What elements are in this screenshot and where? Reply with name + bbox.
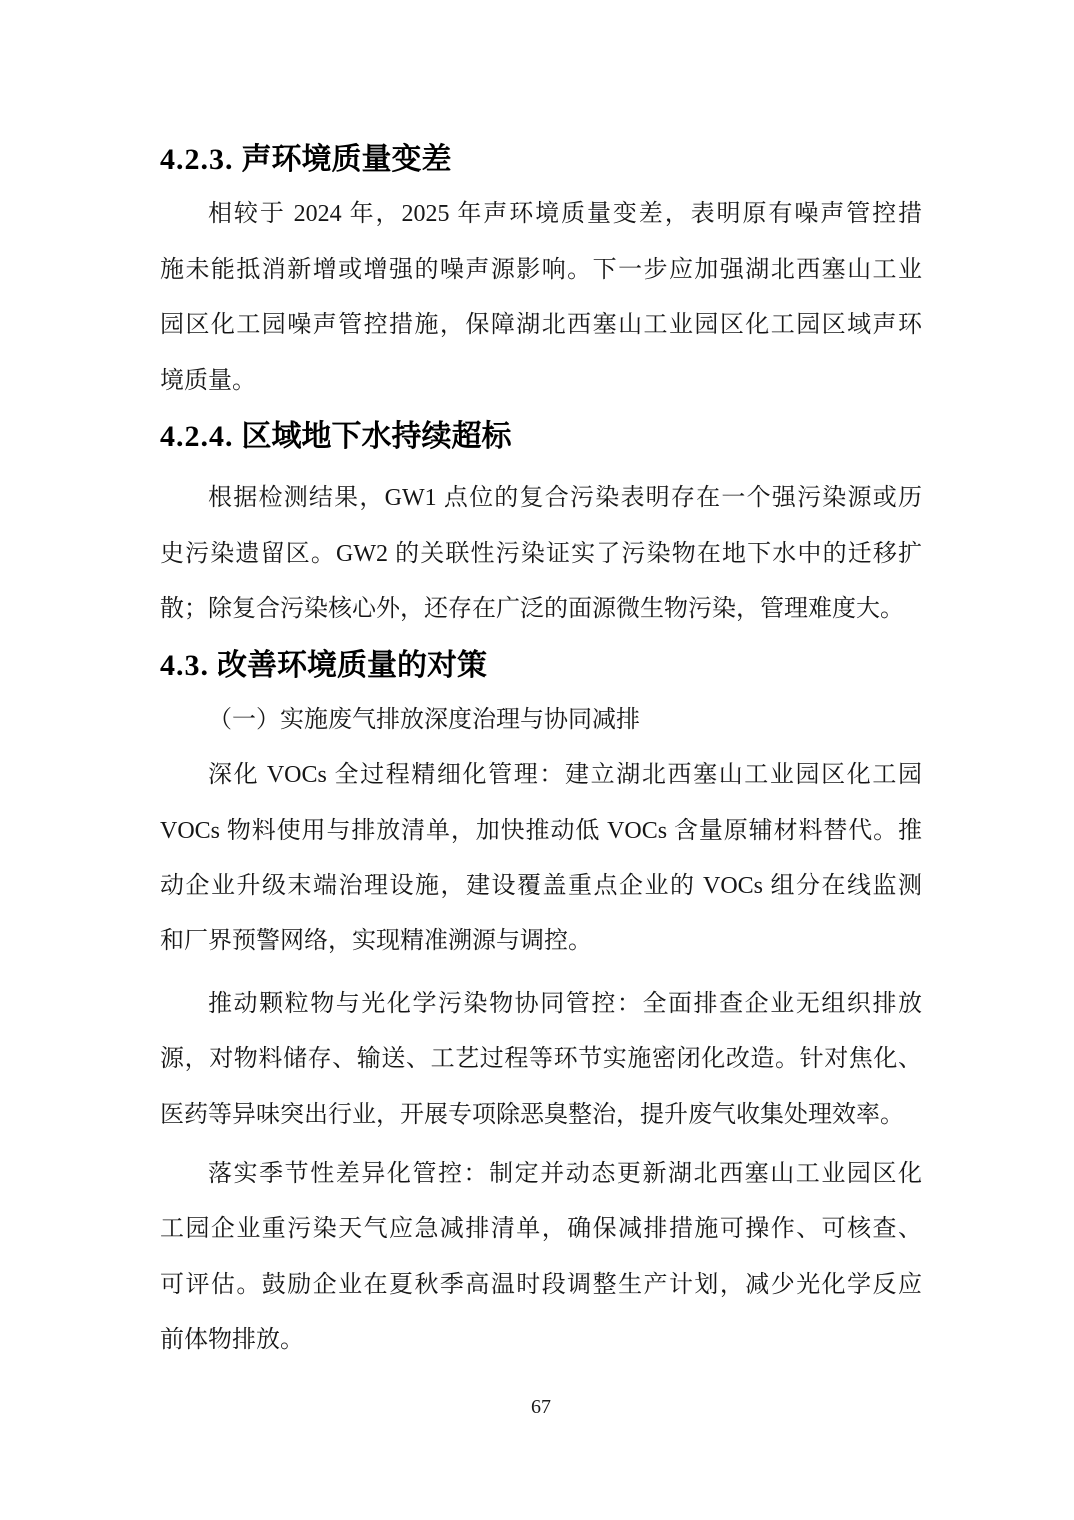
paragraph: 落实季节性差异化管控：制定并动态更新湖北西塞山工业园区化 工园企业重污染天气应急…: [160, 1147, 922, 1369]
body-line: 推动颗粒物与光化学污染物协同管控：全面排查企业无组织排放: [160, 977, 922, 1032]
heading-number: 4.2.4.: [160, 420, 234, 453]
heading-text: 区域地下水持续超标: [242, 420, 512, 453]
heading-4-3: 4.3.改善环境质量的对策: [160, 638, 922, 693]
body-line: 可评估。鼓励企业在夏秋季高温时段调整生产计划，减少光化学反应: [160, 1258, 922, 1313]
body-line: 医药等异味突出行业，开展专项除恶臭整治，提升废气收集处理效率。: [160, 1088, 922, 1143]
document-page: 4.2.3.声环境质量变差 相较于 2024 年，2025 年声环境质量变差，表…: [0, 0, 1074, 1520]
paragraph: 相较于 2024 年，2025 年声环境质量变差，表明原有噪声管控措 施未能抵消…: [160, 187, 922, 409]
heading-4-2-4: 4.2.4.区域地下水持续超标: [160, 409, 922, 464]
body-line: 散；除复合污染核心外，还存在广泛的面源微生物污染，管理难度大。: [160, 582, 922, 637]
body-line: 境质量。: [160, 354, 922, 409]
paragraph: （一）实施废气排放深度治理与协同减排: [160, 693, 922, 748]
body-line: 根据检测结果，GW1 点位的复合污染表明存在一个强污染源或历: [160, 471, 922, 526]
heading-text: 改善环境质量的对策: [217, 649, 487, 682]
body-line: 源，对物料储存、输送、工艺过程等环节实施密闭化改造。针对焦化、: [160, 1032, 922, 1087]
body-line: 深化 VOCs 全过程精细化管理：建立湖北西塞山工业园区化工园: [160, 748, 922, 803]
body-line: 园区化工园噪声管控措施，保障湖北西塞山工业园区化工园区域声环: [160, 298, 922, 353]
body-line: 相较于 2024 年，2025 年声环境质量变差，表明原有噪声管控措: [160, 187, 922, 242]
heading-number: 4.2.3.: [160, 143, 234, 176]
body-line: VOCs 物料使用与排放清单，加快推动低 VOCs 含量原辅材料替代。推: [160, 804, 922, 859]
body-line: 动企业升级末端治理设施，建设覆盖重点企业的 VOCs 组分在线监测: [160, 859, 922, 914]
heading-text: 声环境质量变差: [242, 143, 452, 176]
body-line: 工园企业重污染天气应急减排清单，确保减排措施可操作、可核查、: [160, 1202, 922, 1257]
heading-4-2-3: 4.2.3.声环境质量变差: [160, 132, 922, 187]
body-line: 史污染遗留区。GW2 的关联性污染证实了污染物在地下水中的迁移扩: [160, 527, 922, 582]
body-line: 落实季节性差异化管控：制定并动态更新湖北西塞山工业园区化: [160, 1147, 922, 1202]
page-number: 67: [160, 1395, 922, 1419]
body-line: （一）实施废气排放深度治理与协同减排: [160, 693, 922, 748]
body-line: 和厂界预警网络，实现精准溯源与调控。: [160, 914, 922, 969]
paragraph: 推动颗粒物与光化学污染物协同管控：全面排查企业无组织排放 源，对物料储存、输送、…: [160, 977, 922, 1143]
paragraph: 根据检测结果，GW1 点位的复合污染表明存在一个强污染源或历 史污染遗留区。GW…: [160, 471, 922, 637]
heading-number: 4.3.: [160, 649, 209, 682]
body-line: 施未能抵消新增或增强的噪声源影响。下一步应加强湖北西塞山工业: [160, 243, 922, 298]
body-line: 前体物排放。: [160, 1313, 922, 1368]
paragraph: 深化 VOCs 全过程精细化管理：建立湖北西塞山工业园区化工园 VOCs 物料使…: [160, 748, 922, 970]
